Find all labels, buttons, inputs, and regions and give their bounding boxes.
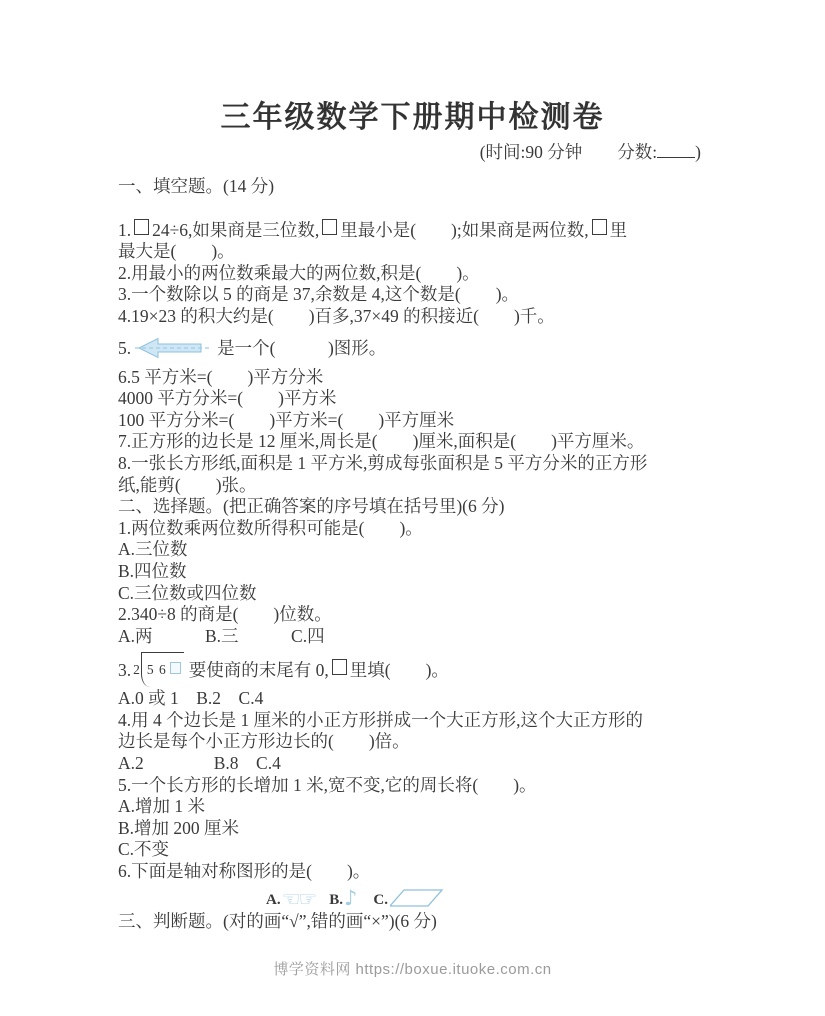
dividend-digits: 5 6 — [147, 662, 167, 677]
s2-q2-options: A.两 B.三 C.四 — [118, 626, 718, 648]
blank-box-icon — [134, 219, 149, 235]
s2-q5-option-a: A.增加 1 米 — [118, 796, 718, 818]
s1-q5: 5.是一个( )图形。 — [118, 332, 718, 364]
left-arrow-symmetry-icon — [135, 335, 211, 371]
s1-q1-number: 1. — [118, 220, 131, 240]
meta-text: (时间:90 分钟 分数: — [480, 142, 657, 162]
s1-q6-line3: 100 平方分米=( )平方米=( )平方厘米 — [118, 410, 718, 432]
s1-q1-line1: 1.24÷6,如果商是三位数,里最小是( );如果商是两位数,里 — [118, 219, 718, 242]
s2-q1-option-c: C.三位数或四位数 — [118, 583, 718, 605]
section1-heading: 一、填空题。(14 分) — [118, 176, 718, 198]
section3-heading: 三、判断题。(对的画“√”,错的画“×”)(6 分) — [118, 911, 718, 933]
s2-q3-text1: 要使商的末尾有 0, — [189, 660, 329, 680]
s2-q4-line2: 边长是每个小正方形边长的( )倍。 — [118, 731, 718, 753]
page-title: 三年级数学下册期中检测卷 — [0, 92, 825, 136]
exam-body: 一、填空题。(14 分) 1.24÷6,如果商是三位数,里最小是( );如果商是… — [118, 176, 718, 932]
score-blank-line — [657, 143, 695, 158]
s2-q1-option-a: A.三位数 — [118, 539, 718, 561]
blank-box-icon — [322, 219, 337, 235]
s2-q5-option-b: B.增加 200 厘米 — [118, 818, 718, 840]
s1-q1-text2: 里最小是( );如果商是两位数, — [340, 220, 588, 240]
division-divisor: 2 — [133, 662, 140, 677]
s1-q6-line1: 6.5 平方米=( )平方分米 — [118, 367, 718, 389]
s2-q5: 5.一个长方形的长增加 1 米,宽不变,它的周长将( )。 — [118, 775, 718, 797]
exam-paper: 三年级数学下册期中检测卷 (时间:90 分钟 分数:) 一、填空题。(14 分)… — [0, 0, 825, 1016]
small-blank-box-icon — [170, 662, 181, 674]
s1-q4: 4.19×23 的积大约是( )百多,37×49 的积接近( )千。 — [118, 306, 718, 328]
blank-box-icon — [592, 219, 607, 235]
s1-q5-number: 5. — [118, 338, 131, 358]
meta-close-paren: ) — [695, 142, 701, 162]
s1-q3: 3.一个数除以 5 的商是 37,余数是 4,这个数是( )。 — [118, 284, 718, 306]
section2-heading: 二、选择题。(把正确答案的序号填在括号里)(6 分) — [118, 496, 718, 518]
long-division-icon: 25 6 — [133, 652, 184, 687]
s2-q1-option-b: B.四位数 — [118, 561, 718, 583]
s1-q5-text: 是一个( )图形。 — [217, 338, 386, 358]
option-b-label: B. — [329, 892, 343, 908]
s1-q8-line2: 纸,能剪( )张。 — [118, 475, 718, 497]
pointing-hands-icon: ☜☞ — [282, 886, 316, 912]
s2-q6-picture-options: A.☜☞B.♪C. — [266, 885, 718, 911]
exam-meta: (时间:90 分钟 分数:) — [0, 139, 701, 164]
s2-q3-text2: 里填( )。 — [350, 660, 449, 680]
s1-q6-line2: 4000 平方分米=( )平方米 — [118, 388, 718, 410]
music-note-icon: ♪ — [344, 885, 357, 911]
s1-q7: 7.正方形的边长是 12 厘米,周长是( )厘米,面积是( )平方厘米。 — [118, 431, 718, 453]
s1-q1-text3: 里 — [610, 220, 628, 240]
s2-q4-line1: 4.用 4 个边长是 1 厘米的小正方形拼成一个大正方形,这个大正方形的 — [118, 710, 718, 732]
s1-q2: 2.用最小的两位数乘最大的两位数,积是( )。 — [118, 263, 718, 285]
division-dividend: 5 6 — [141, 652, 184, 687]
s1-q1-line2: 最大是( )。 — [118, 241, 718, 263]
s2-q4-options: A.2 B.8 C.4 — [118, 753, 718, 775]
s2-q3-number: 3. — [118, 660, 131, 680]
s2-q6: 6.下面是轴对称图形的是( )。 — [118, 861, 718, 883]
s2-q5-option-c: C.不变 — [118, 839, 718, 861]
site-watermark: 博学资料网 https://boxue.ituoke.com.cn — [0, 958, 825, 979]
s2-q1: 1.两位数乘两位数所得积可能是( )。 — [118, 518, 718, 540]
s1-q8-line1: 8.一张长方形纸,面积是 1 平方米,剪成每张面积是 5 平方分米的正方形 — [118, 453, 718, 475]
s2-q2: 2.340÷8 的商是( )位数。 — [118, 604, 718, 626]
option-c-label: C. — [373, 892, 388, 908]
s1-q1-text1: 24÷6,如果商是三位数, — [152, 220, 319, 240]
s2-q3-options: A.0 或 1 B.2 C.4 — [118, 688, 718, 710]
s2-q3: 3.25 6要使商的末尾有 0,里填( )。 — [118, 652, 718, 684]
option-a-label: A. — [266, 892, 281, 908]
blank-box-icon — [332, 659, 347, 675]
